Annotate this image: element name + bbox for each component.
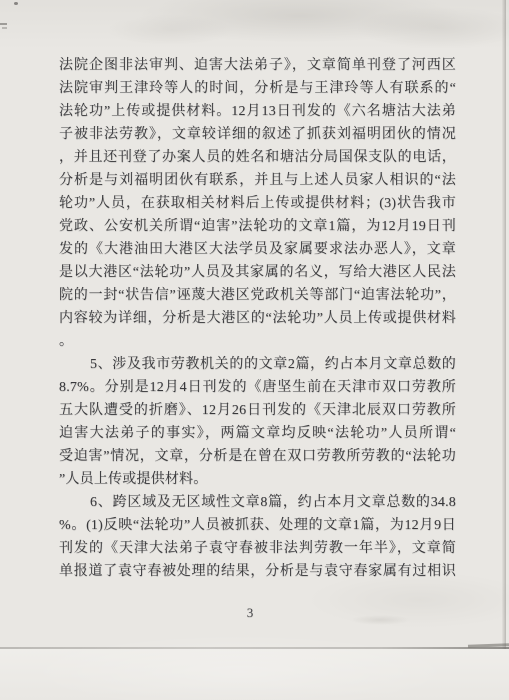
text-line: 法院审判王津玲等人的时间，分析是与王津玲等人有联系的“ — [59, 77, 456, 100]
text-line: 刊发的《天津大法弟子袁守春被非法判劳教一年半》，文章简 — [59, 537, 456, 560]
document-text: 法院企图非法审判、迫害大法弟子》，文章简单刊登了河西区法院审判王津玲等人的时间，… — [59, 54, 456, 583]
text-line: ”人员上传或提供材料。 — [59, 468, 456, 491]
text-line: 党政、公安机关所谓“迫害”法轮功的文章1篇，为12月19日刊 — [59, 215, 456, 238]
text-line: ，并且还刊登了办案人员的姓名和塘沽分局国保支队的电话， — [59, 146, 456, 169]
scan-speck-top-left — [14, 2, 18, 5]
text-line: 子被非法劳教》，文章较详细的叙述了抓获刘福明团伙的情况 — [59, 123, 456, 146]
scanner-background-below-page — [0, 649, 509, 700]
text-line: 受迫害”情况，文章，分析是在曾在双口劳教所劳教的“法轮功 — [59, 445, 456, 468]
text-line: 。 — [59, 330, 456, 353]
paper-bottom-edge-line — [0, 647, 509, 649]
text-line: 轮功”人员，在获取相关材料后上传或提供材料；(3)状告我市 — [59, 192, 456, 215]
text-line: 6、跨区域及无区域性文章8篇，约占本月文章总数的34.8 — [59, 491, 456, 514]
text-line: 法轮功”上传或提供材料。12月13日刊发的《六名塘沽大法弟 — [59, 100, 456, 123]
page-number: 3 — [0, 603, 500, 623]
scan-mark-left-edge — [0, 23, 7, 25]
text-line: 发的《大港油田大港区大法学员及家属要求法办恶人》，文章 — [59, 238, 456, 261]
text-line: 五大队遭受的折磨》、12月26日刊发的《天津北辰双口劳教所 — [59, 399, 456, 422]
scan-right-edge-shadow — [502, 0, 506, 649]
text-line: 法院企图非法审判、迫害大法弟子》，文章简单刊登了河西区 — [59, 54, 456, 77]
text-line: %。(1)反映“法轮功”人员被抓获、处理的文章1篇，为12月9日 — [59, 514, 456, 537]
text-line: 院的一封“状告信”诬蔑大港区党政机关等部门“迫害法轮功”， — [59, 284, 456, 307]
text-line: 8.7%。分别是12月4日刊发的《唐坚生前在天津市双口劳教所 — [59, 376, 456, 399]
text-line: 单报道了袁守春被处理的结果，分析是与袁守春家属有过相识 — [59, 560, 456, 583]
scanned-document-page: 法院企图非法审判、迫害大法弟子》，文章简单刊登了河西区法院审判王津玲等人的时间，… — [0, 0, 509, 700]
paragraph: 5、涉及我市劳教机关的的文章2篇，约占本月文章总数的8.7%。分别是12月4日刊… — [59, 353, 456, 491]
paragraph: 法院企图非法审判、迫害大法弟子》，文章简单刊登了河西区法院审判王津玲等人的时间，… — [59, 54, 456, 353]
text-line: 分析是与刘福明团伙有联系，并且与上述人员家人相识的“法 — [59, 169, 456, 192]
text-line: 内容较为详细，分析是大港区的“法轮功”人员上传或提供材料 — [59, 307, 456, 330]
text-line: 5、涉及我市劳教机关的的文章2篇，约占本月文章总数的 — [59, 353, 456, 376]
text-line: 迫害大法弟子的事实》，两篇文章均反映“法轮功”人员所谓“ — [59, 422, 456, 445]
scan-mark-left-edge-2 — [2, 27, 7, 29]
paper-bottom-edge-dark-segment — [468, 643, 509, 647]
text-line: 是以大港区“法轮功”人员及其家属的名义，写给大港区人民法 — [59, 261, 456, 284]
paragraph: 6、跨区域及无区域性文章8篇，约占本月文章总数的34.8%。(1)反映“法轮功”… — [59, 491, 456, 583]
